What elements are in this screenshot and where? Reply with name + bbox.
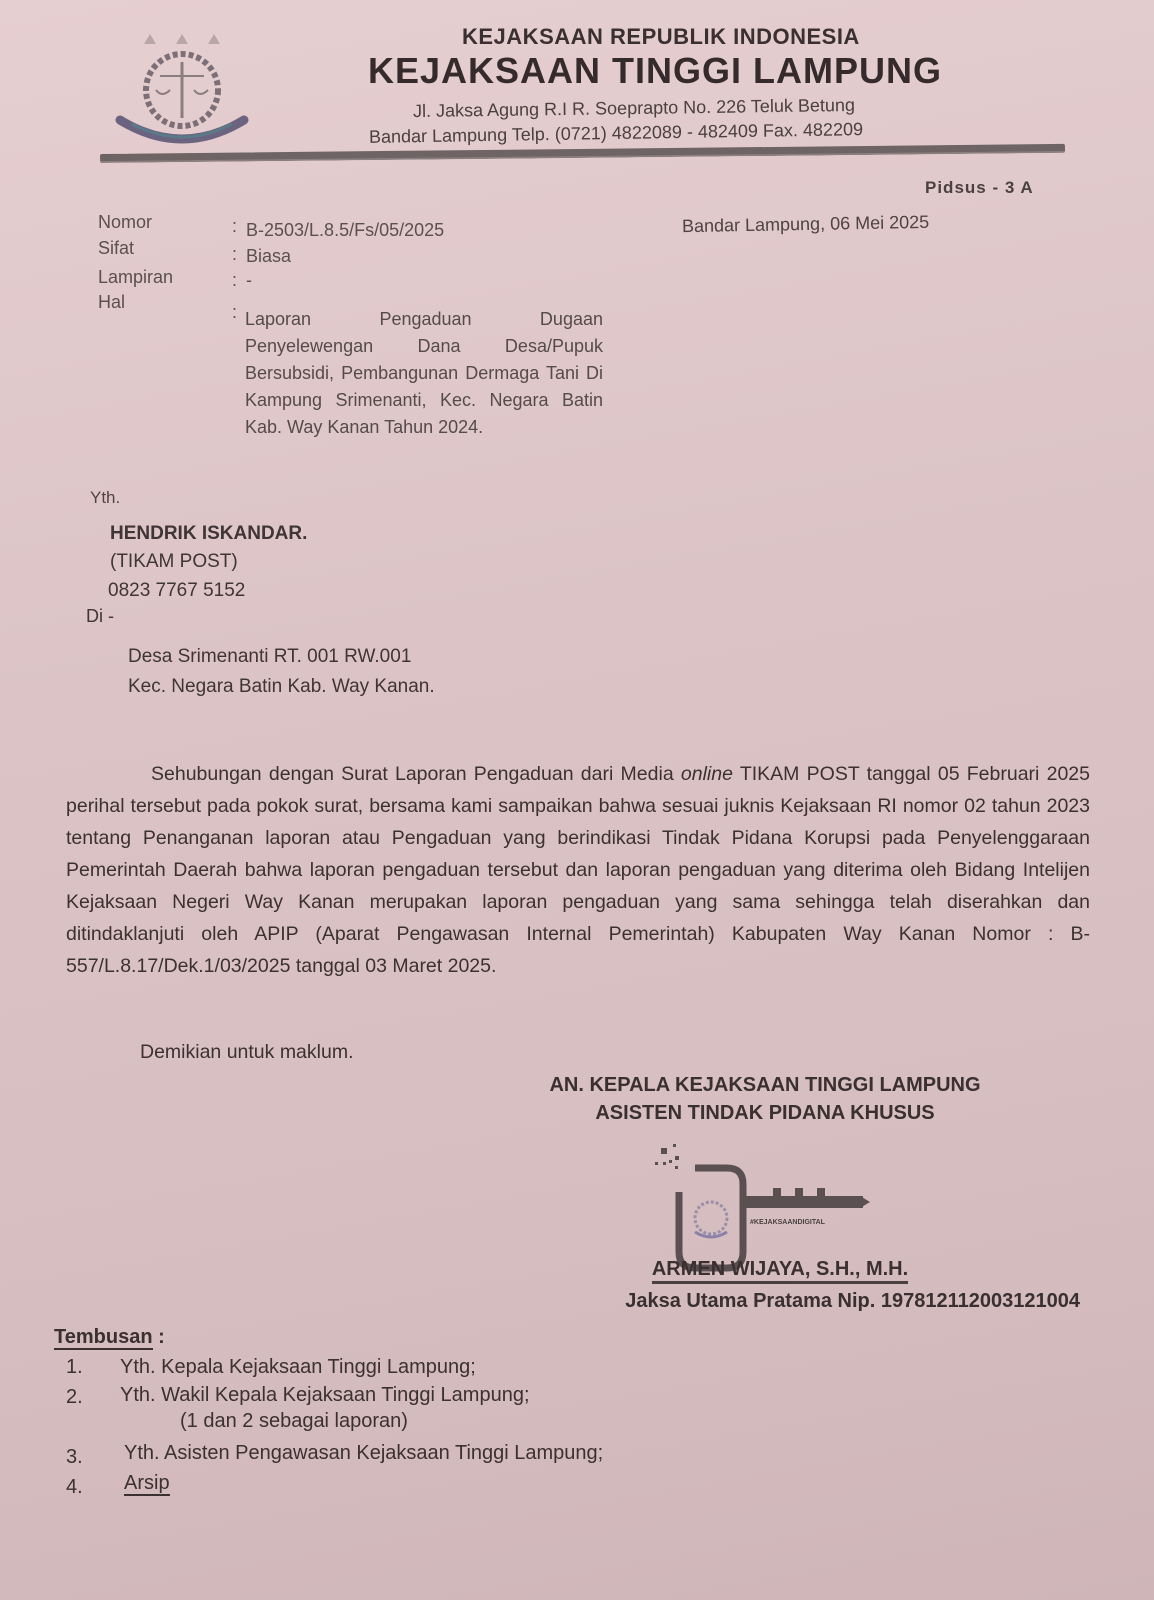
cc-item-text: Yth. Asisten Pengawasan Kejaksaan Tinggi… xyxy=(124,1442,603,1465)
signatory-name: ARMEN WIJAYA, S.H., M.H. xyxy=(652,1258,908,1284)
signatory-position-nip: Jaksa Utama Pratama Nip. 197812112003121… xyxy=(480,1290,1080,1313)
prosecutor-emblem-icon xyxy=(112,28,252,148)
cc-item-number: 2. xyxy=(66,1386,83,1409)
body-italic: online xyxy=(681,763,733,785)
cc-item-text: Yth. Wakil Kepala Kejaksaan Tinggi Lampu… xyxy=(120,1384,530,1407)
cc-item-text: Yth. Kepala Kejaksaan Tinggi Lampung; xyxy=(120,1356,476,1379)
signatory-name-wrap: ARMEN WIJAYA, S.H., M.H. xyxy=(480,1258,1080,1281)
letter-subject: Laporan Pengaduan Dugaan Penyelewengan D… xyxy=(245,306,603,441)
letter-closing: Demikian untuk maklum. xyxy=(140,1041,354,1064)
recipient-di: Di - xyxy=(86,606,114,627)
meta-colon: : xyxy=(232,270,237,291)
org-address-line1: Jl. Jaksa Agung R.I R. Soeprapto No. 226… xyxy=(413,95,855,122)
meta-label-nomor: Nomor xyxy=(98,212,152,233)
org-name: KEJAKSAAN TINGGI LAMPUNG xyxy=(368,50,942,92)
stamp-hashtag: #KEJAKSAANDIGITAL xyxy=(750,1219,826,1226)
meta-colon: : xyxy=(232,244,237,265)
org-parent-name: KEJAKSAAN REPUBLIK INDONESIA xyxy=(462,24,860,50)
meta-value-nomor: B-2503/L.8.5/Fs/05/2025 xyxy=(246,220,444,241)
cc-heading: Tembusan : xyxy=(54,1326,165,1349)
body-part2: TIKAM POST tanggal 05 Februari 2025 peri… xyxy=(66,763,1090,977)
org-address-line2: Bandar Lampung Telp. (0721) 4822089 - 48… xyxy=(369,119,863,148)
meta-label-lampiran: Lampiran xyxy=(98,267,173,288)
recipient-name: HENDRIK ISKANDAR. xyxy=(110,523,307,545)
meta-value-lampiran: - xyxy=(246,270,252,291)
cc-item-number: 3. xyxy=(66,1446,83,1469)
cc-item-arsip: Arsip xyxy=(124,1472,170,1495)
cc-heading-suffix: : xyxy=(153,1326,165,1348)
cc-item-number: 4. xyxy=(66,1476,83,1499)
recipient-salutation: Yth. xyxy=(90,488,120,508)
cc-note: (1 dan 2 sebagai laporan) xyxy=(180,1410,408,1433)
recipient-organization: (TIKAM POST) xyxy=(110,551,238,573)
meta-colon: : xyxy=(232,216,237,237)
cc-item-text: Arsip xyxy=(124,1472,170,1496)
cc-item-number: 1. xyxy=(66,1356,83,1379)
recipient-address-line1: Desa Srimenanti RT. 001 RW.001 xyxy=(128,646,411,668)
signature-position: ASISTEN TINDAK PIDANA KHUSUS xyxy=(455,1102,1075,1125)
cc-heading-label: Tembusan xyxy=(54,1326,153,1350)
place-date: Bandar Lampung, 06 Mei 2025 xyxy=(682,212,930,237)
recipient-phone: 0823 7767 5152 xyxy=(108,580,245,602)
meta-label-sifat: Sifat xyxy=(98,238,134,259)
form-code: Pidsus - 3 A xyxy=(925,178,1034,198)
letter-body: Sehubungan dengan Surat Laporan Pengadua… xyxy=(66,758,1090,982)
signature-on-behalf: AN. KEPALA KEJAKSAAN TINGGI LAMPUNG xyxy=(455,1074,1075,1097)
body-part1: Sehubungan dengan Surat Laporan Pengadua… xyxy=(151,763,681,785)
meta-colon: : xyxy=(232,302,237,323)
meta-label-hal: Hal xyxy=(98,292,125,313)
meta-value-sifat: Biasa xyxy=(246,246,291,267)
recipient-address-line2: Kec. Negara Batin Kab. Way Kanan. xyxy=(128,676,435,698)
